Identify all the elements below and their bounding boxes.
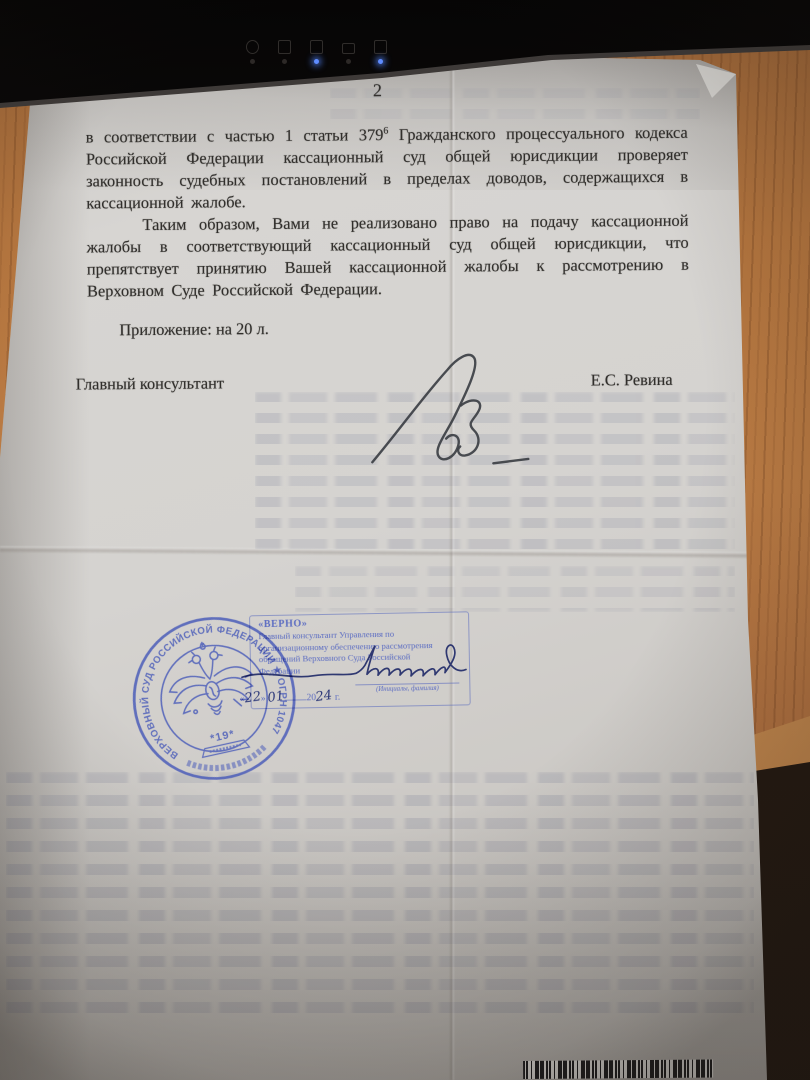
status-indicator-row	[246, 40, 387, 64]
document-body: в соответствии с частью 1 статьи 3796 Гр…	[86, 122, 689, 303]
paragraph-1-text: в соответствии с частью 1 статьи 379	[86, 125, 384, 146]
court-seal-stamp: ВЕРХОВНЫЙ СУД РОССИЙСКОЙ ФЕДЕРАЦИИ ★ ОГР…	[106, 590, 323, 807]
disk-indicator-icon	[310, 40, 323, 64]
power-indicator-icon	[246, 40, 259, 64]
document-sheet: 2 в соответствии с частью 1 статьи 3796 …	[0, 0, 810, 1080]
document-content: 2 в соответствии с частью 1 статьи 3796 …	[0, 0, 810, 1080]
battery-indicator-icon	[278, 40, 291, 64]
photo-of-court-document: 2 в соответствии с частью 1 статьи 3796 …	[0, 0, 810, 1080]
wifi-indicator-icon	[342, 40, 355, 64]
signer-name: Е.С. Ревина	[591, 370, 673, 391]
paragraph-2: Таким образом, Вами не реализовано право…	[86, 210, 689, 303]
attachment-line: Приложение: на 20 л.	[119, 319, 269, 340]
page-number: 2	[357, 80, 397, 101]
signer-title: Главный консультант	[76, 373, 224, 394]
handwritten-signature	[357, 341, 558, 511]
barcode	[523, 1060, 713, 1079]
paragraph-1: в соответствии с частью 1 статьи 3796 Гр…	[86, 122, 689, 215]
bluetooth-indicator-icon	[374, 40, 387, 64]
